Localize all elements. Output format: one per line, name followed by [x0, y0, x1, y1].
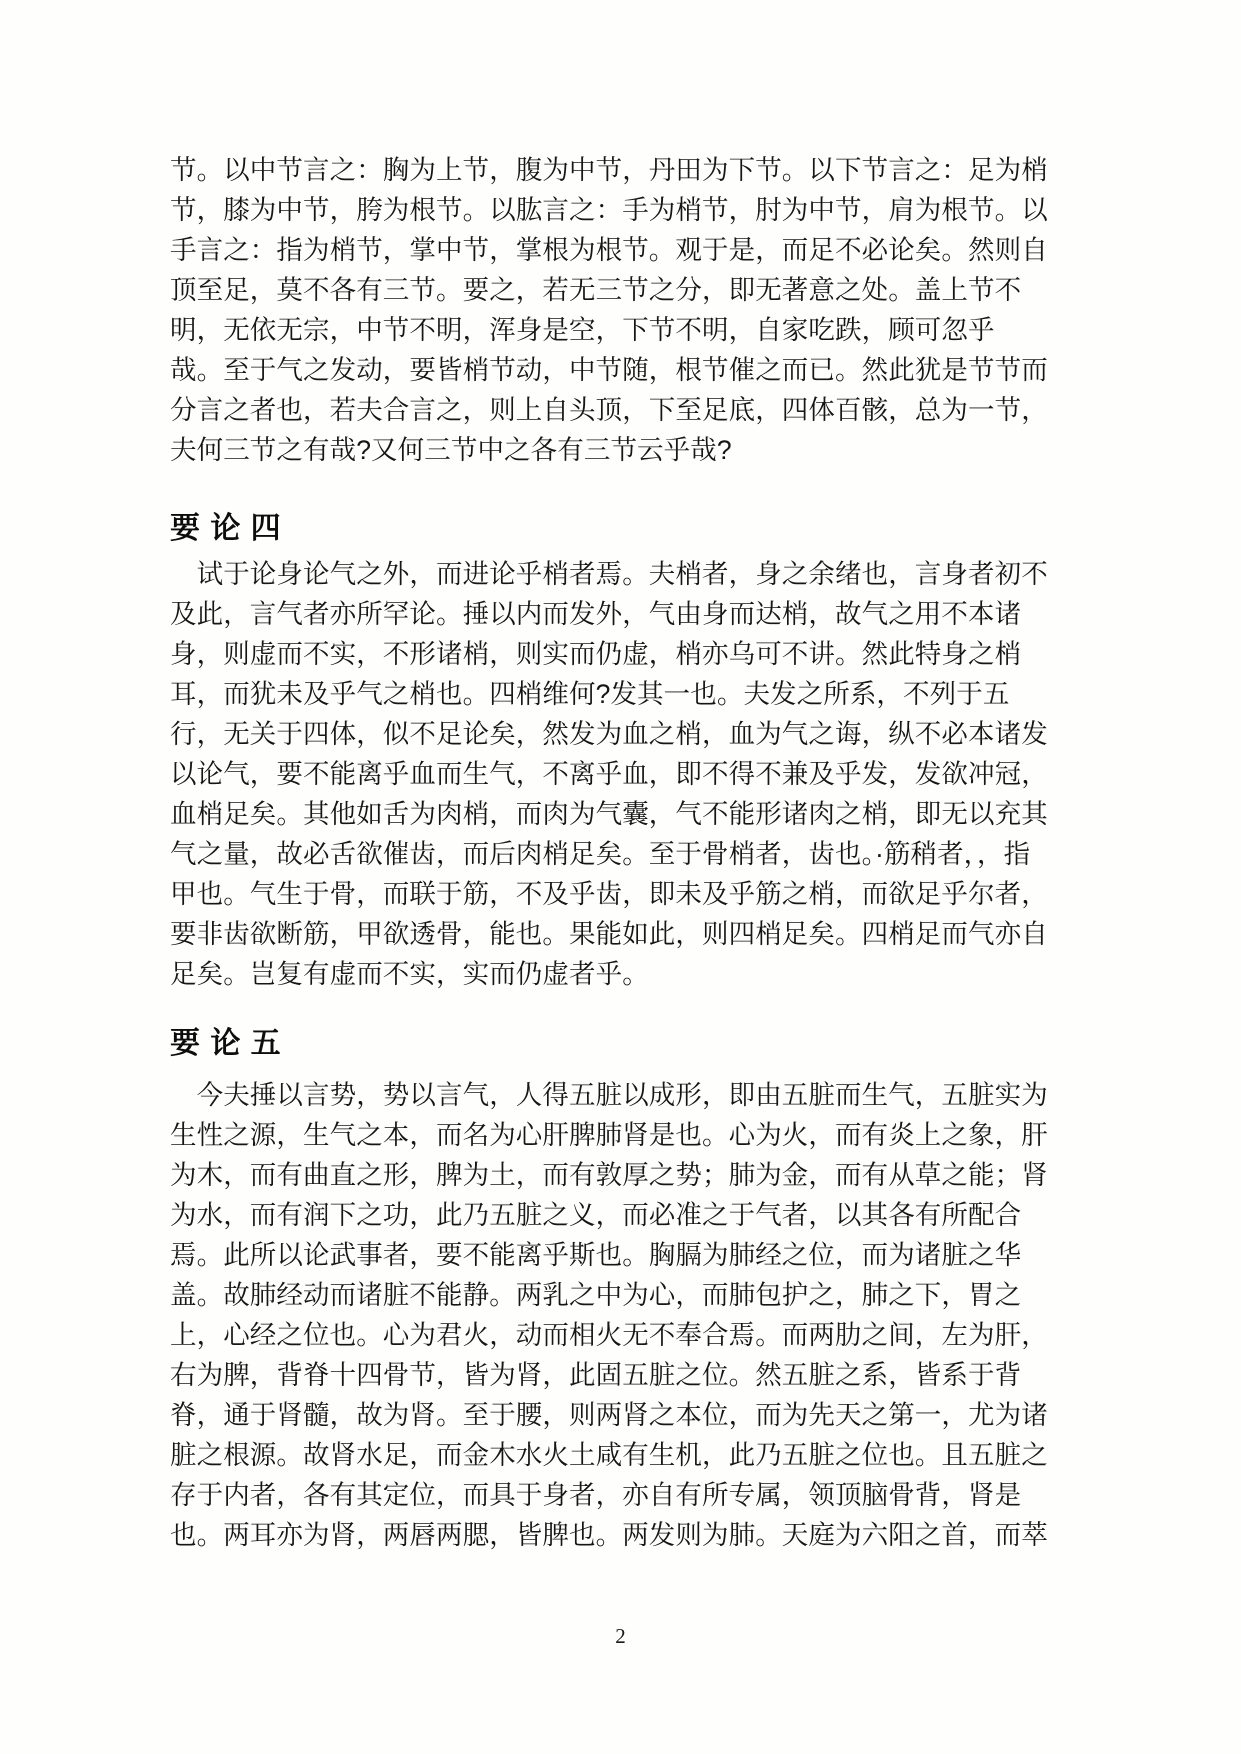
heading-essay-four: 要 论 四	[170, 509, 1076, 549]
document-page: 节。以中节言之：胸为上节，腹为中节，丹田为下节。以下节言之：足为梢 节，膝为中节…	[0, 0, 1241, 1754]
paragraph-three-sections-continuation: 节。以中节言之：胸为上节，腹为中节，丹田为下节。以下节言之：足为梢 节，膝为中节…	[170, 150, 1076, 470]
heading-essay-five: 要 论 五	[170, 1024, 1076, 1064]
page-footer: 2	[0, 1624, 1241, 1649]
paragraph-essay-four: 试于论身论气之外，而进论乎梢者焉。夫梢者，身之余绪也，言身者初不 及此，言气者亦…	[170, 554, 1076, 994]
page-number: 2	[615, 1624, 626, 1648]
page-content: 节。以中节言之：胸为上节，腹为中节，丹田为下节。以下节言之：足为梢 节，膝为中节…	[170, 150, 1076, 1555]
paragraph-essay-five: 今夫捶以言势，势以言气，人得五脏以成形，即由五脏而生气，五脏实为 生性之源，生气…	[170, 1075, 1076, 1555]
